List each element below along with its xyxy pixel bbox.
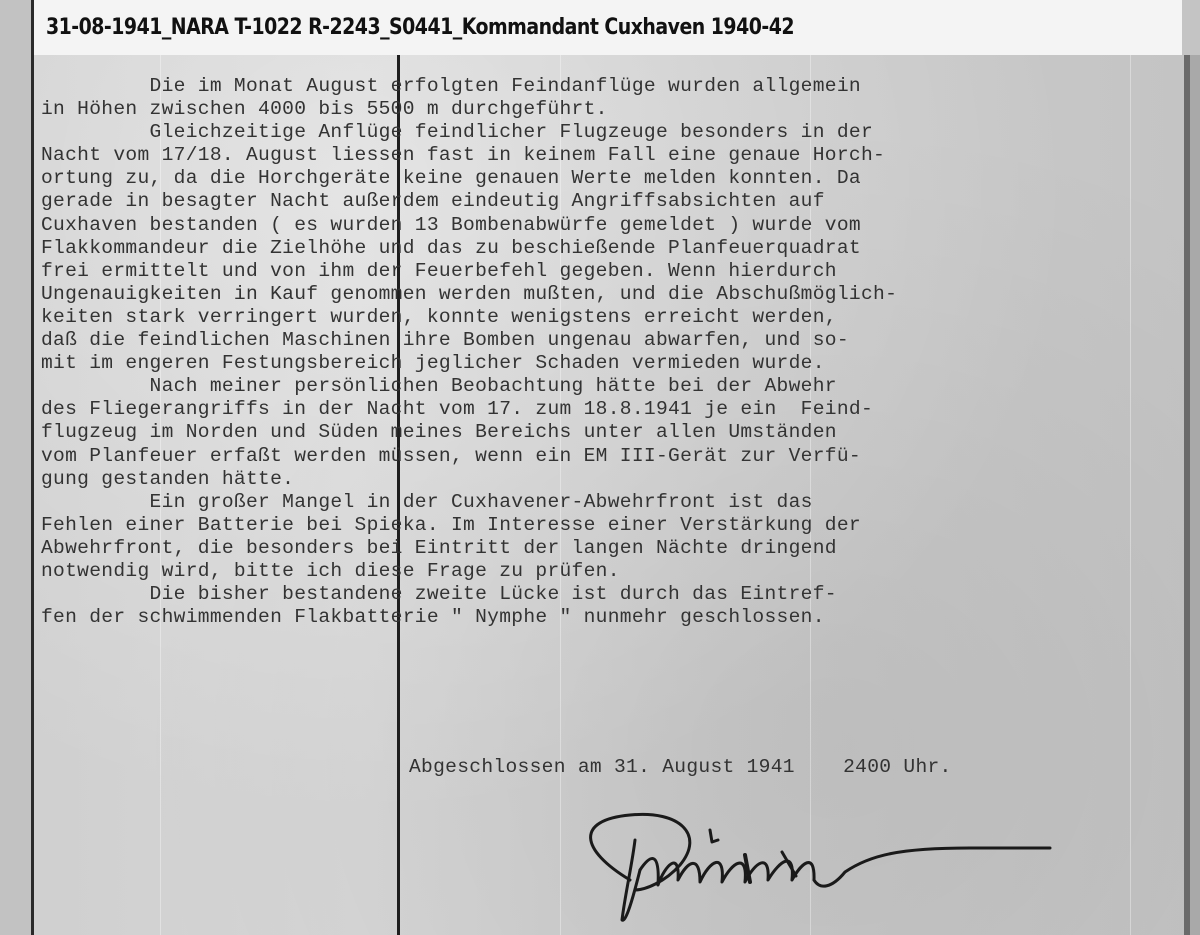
text-line: gerade in besagter Nacht außerdem eindeu… — [41, 190, 1181, 213]
text-line: in Höhen zwischen 4000 bis 5500 m durchg… — [41, 98, 1181, 121]
text-line: Ungenauigkeiten in Kauf genommen werden … — [41, 283, 1181, 306]
closing-line: Abgeschlossen am 31. August 1941 2400 Uh… — [409, 756, 952, 778]
typewritten-body: Die im Monat August erfolgten Feindanflü… — [41, 75, 1181, 629]
text-line: mit im engeren Festungsbereich jeglicher… — [41, 352, 1181, 375]
text-line: Cuxhaven bestanden ( es wurden 13 Bomben… — [41, 214, 1181, 237]
handwritten-signature — [570, 810, 1090, 930]
left-margin — [0, 0, 32, 935]
text-line: frei ermittelt und von ihm der Feuerbefe… — [41, 260, 1181, 283]
text-line: gung gestanden hätte. — [41, 468, 1181, 491]
document-title: 31-08-1941_NARA T-1022 R-2243_S0441_Komm… — [46, 15, 794, 40]
text-line: ortung zu, da die Horchgeräte keine gena… — [41, 167, 1181, 190]
text-line: Ein großer Mangel in der Cuxhavener-Abwe… — [41, 491, 1181, 514]
scanned-document-page: 31-08-1941_NARA T-1022 R-2243_S0441_Komm… — [0, 0, 1200, 935]
text-line: daß die feindlichen Maschinen ihre Bombe… — [41, 329, 1181, 352]
text-line: notwendig wird, bitte ich diese Frage zu… — [41, 560, 1181, 583]
text-line: des Fliegerangriffs in der Nacht vom 17.… — [41, 398, 1181, 421]
text-line: Nach meiner persönlichen Beobachtung hät… — [41, 375, 1181, 398]
text-line: Die im Monat August erfolgten Feindanflü… — [41, 75, 1181, 98]
right-margin — [1190, 55, 1200, 935]
text-line: vom Planfeuer erfaßt werden müssen, wenn… — [41, 445, 1181, 468]
text-line: Fehlen einer Batterie bei Spieka. Im Int… — [41, 514, 1181, 537]
text-line: fen der schwimmenden Flakbatterie " Nymp… — [41, 606, 1181, 629]
text-line: Die bisher bestandene zweite Lücke ist d… — [41, 583, 1181, 606]
text-line: flugzeug im Norden und Süden meines Bere… — [41, 421, 1181, 444]
left-margin-rule — [31, 0, 34, 935]
text-line: Nacht vom 17/18. August liessen fast in … — [41, 144, 1181, 167]
text-line: Flakkommandeur die Zielhöhe und das zu b… — [41, 237, 1181, 260]
text-line: Gleichzeitige Anflüge feindlicher Flugze… — [41, 121, 1181, 144]
text-line: Abwehrfront, die besonders bei Eintritt … — [41, 537, 1181, 560]
text-line: keiten stark verringert wurden, konnte w… — [41, 306, 1181, 329]
